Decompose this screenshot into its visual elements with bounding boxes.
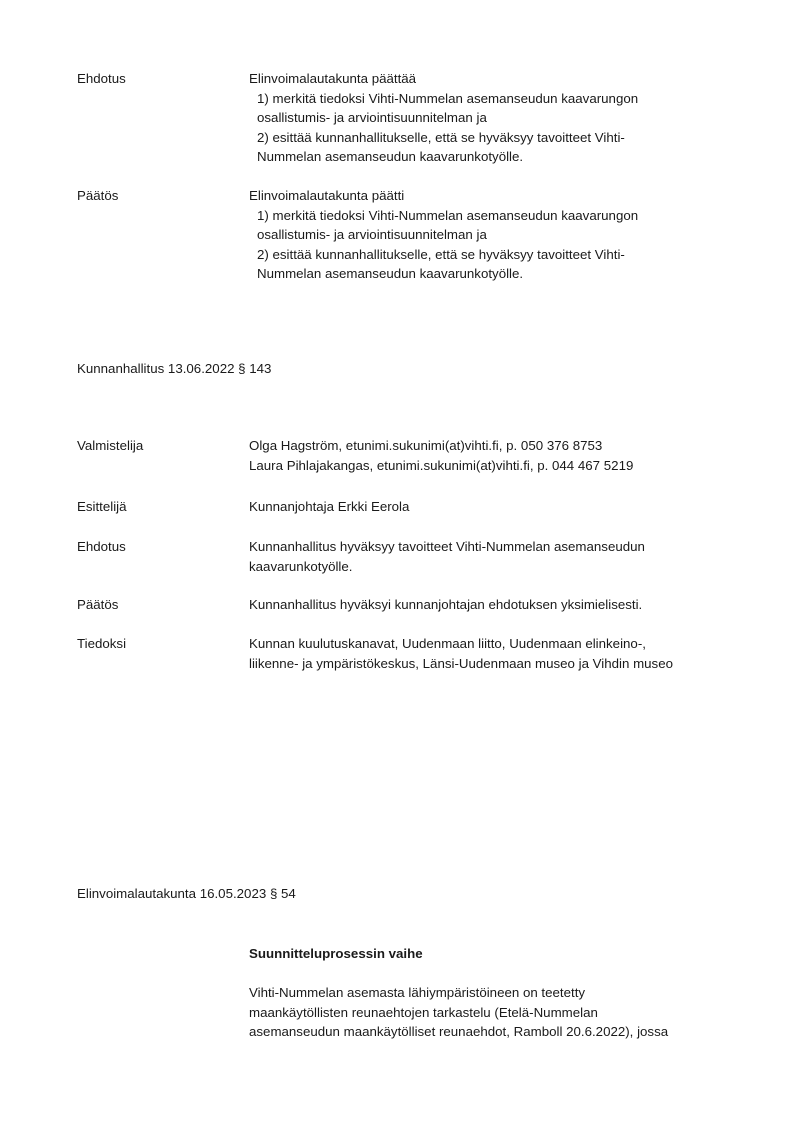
field-label: Ehdotus — [77, 537, 247, 557]
field-label: Ehdotus — [77, 69, 247, 89]
field-content: Vihti-Nummelan asemasta lähiympäristöine… — [249, 983, 729, 1042]
field-content: Suunnitteluprosessin vaihe — [249, 944, 729, 964]
list-line: osallistumis- ja arviointisuunnitelman j… — [249, 108, 729, 128]
preparer-line: Laura Pihlajakangas, etunimi.sukunimi(at… — [249, 456, 729, 476]
notice-line: Kunnan kuulutuskanavat, Uudenmaan liitto… — [249, 634, 729, 654]
field-content: Kunnan kuulutuskanavat, Uudenmaan liitto… — [249, 634, 729, 673]
field-content: Kunnanhallitus hyväksyy tavoitteet Vihti… — [249, 537, 729, 576]
field-label: Valmistelija — [77, 436, 247, 456]
field-label: Esittelijä — [77, 497, 247, 517]
intro-line: Elinvoimalautakunta päättää — [249, 69, 729, 89]
field-label: Tiedoksi — [77, 634, 247, 654]
section-heading-kunnanhallitus: Kunnanhallitus 13.06.2022 § 143 — [77, 359, 271, 379]
presenter-line: Kunnanjohtaja Erkki Eerola — [249, 497, 729, 517]
intro-line: Elinvoimalautakunta päätti — [249, 186, 729, 206]
list-line: Nummelan asemanseudun kaavarunkotyölle. — [249, 147, 729, 167]
subheading: Suunnitteluprosessin vaihe — [249, 944, 729, 964]
list-line: 2) esittää kunnanhallitukselle, että se … — [249, 245, 729, 265]
preparer-line: Olga Hagström, etunimi.sukunimi(at)vihti… — [249, 436, 729, 456]
section-heading-elinvoimalautakunta: Elinvoimalautakunta 16.05.2023 § 54 — [77, 884, 296, 904]
decision-line: Kunnanhallitus hyväksyi kunnanjohtajan e… — [249, 595, 729, 615]
field-content: Elinvoimalautakunta päättää 1) merkitä t… — [249, 69, 729, 167]
field-label: Päätös — [77, 595, 247, 615]
notice-line: liikenne- ja ympäristökeskus, Länsi-Uude… — [249, 654, 729, 674]
paragraph-line: Vihti-Nummelan asemasta lähiympäristöine… — [249, 983, 729, 1003]
list-line: 2) esittää kunnanhallitukselle, että se … — [249, 128, 729, 148]
list-line: Nummelan asemanseudun kaavarunkotyölle. — [249, 264, 729, 284]
field-label: Päätös — [77, 186, 247, 206]
paragraph-line: maankäytöllisten reunaehtojen tarkastelu… — [249, 1003, 729, 1023]
field-content: Olga Hagström, etunimi.sukunimi(at)vihti… — [249, 436, 729, 475]
list-line: 1) merkitä tiedoksi Vihti-Nummelan asema… — [249, 89, 729, 109]
paragraph-line: asemanseudun maankäytölliset reunaehdot,… — [249, 1022, 729, 1042]
field-content: Kunnanhallitus hyväksyi kunnanjohtajan e… — [249, 595, 729, 615]
list-line: osallistumis- ja arviointisuunnitelman j… — [249, 225, 729, 245]
list-line: 1) merkitä tiedoksi Vihti-Nummelan asema… — [249, 206, 729, 226]
proposal-line: Kunnanhallitus hyväksyy tavoitteet Vihti… — [249, 537, 729, 557]
proposal-line: kaavarunkotyölle. — [249, 557, 729, 577]
field-content: Elinvoimalautakunta päätti 1) merkitä ti… — [249, 186, 729, 284]
field-content: Kunnanjohtaja Erkki Eerola — [249, 497, 729, 517]
